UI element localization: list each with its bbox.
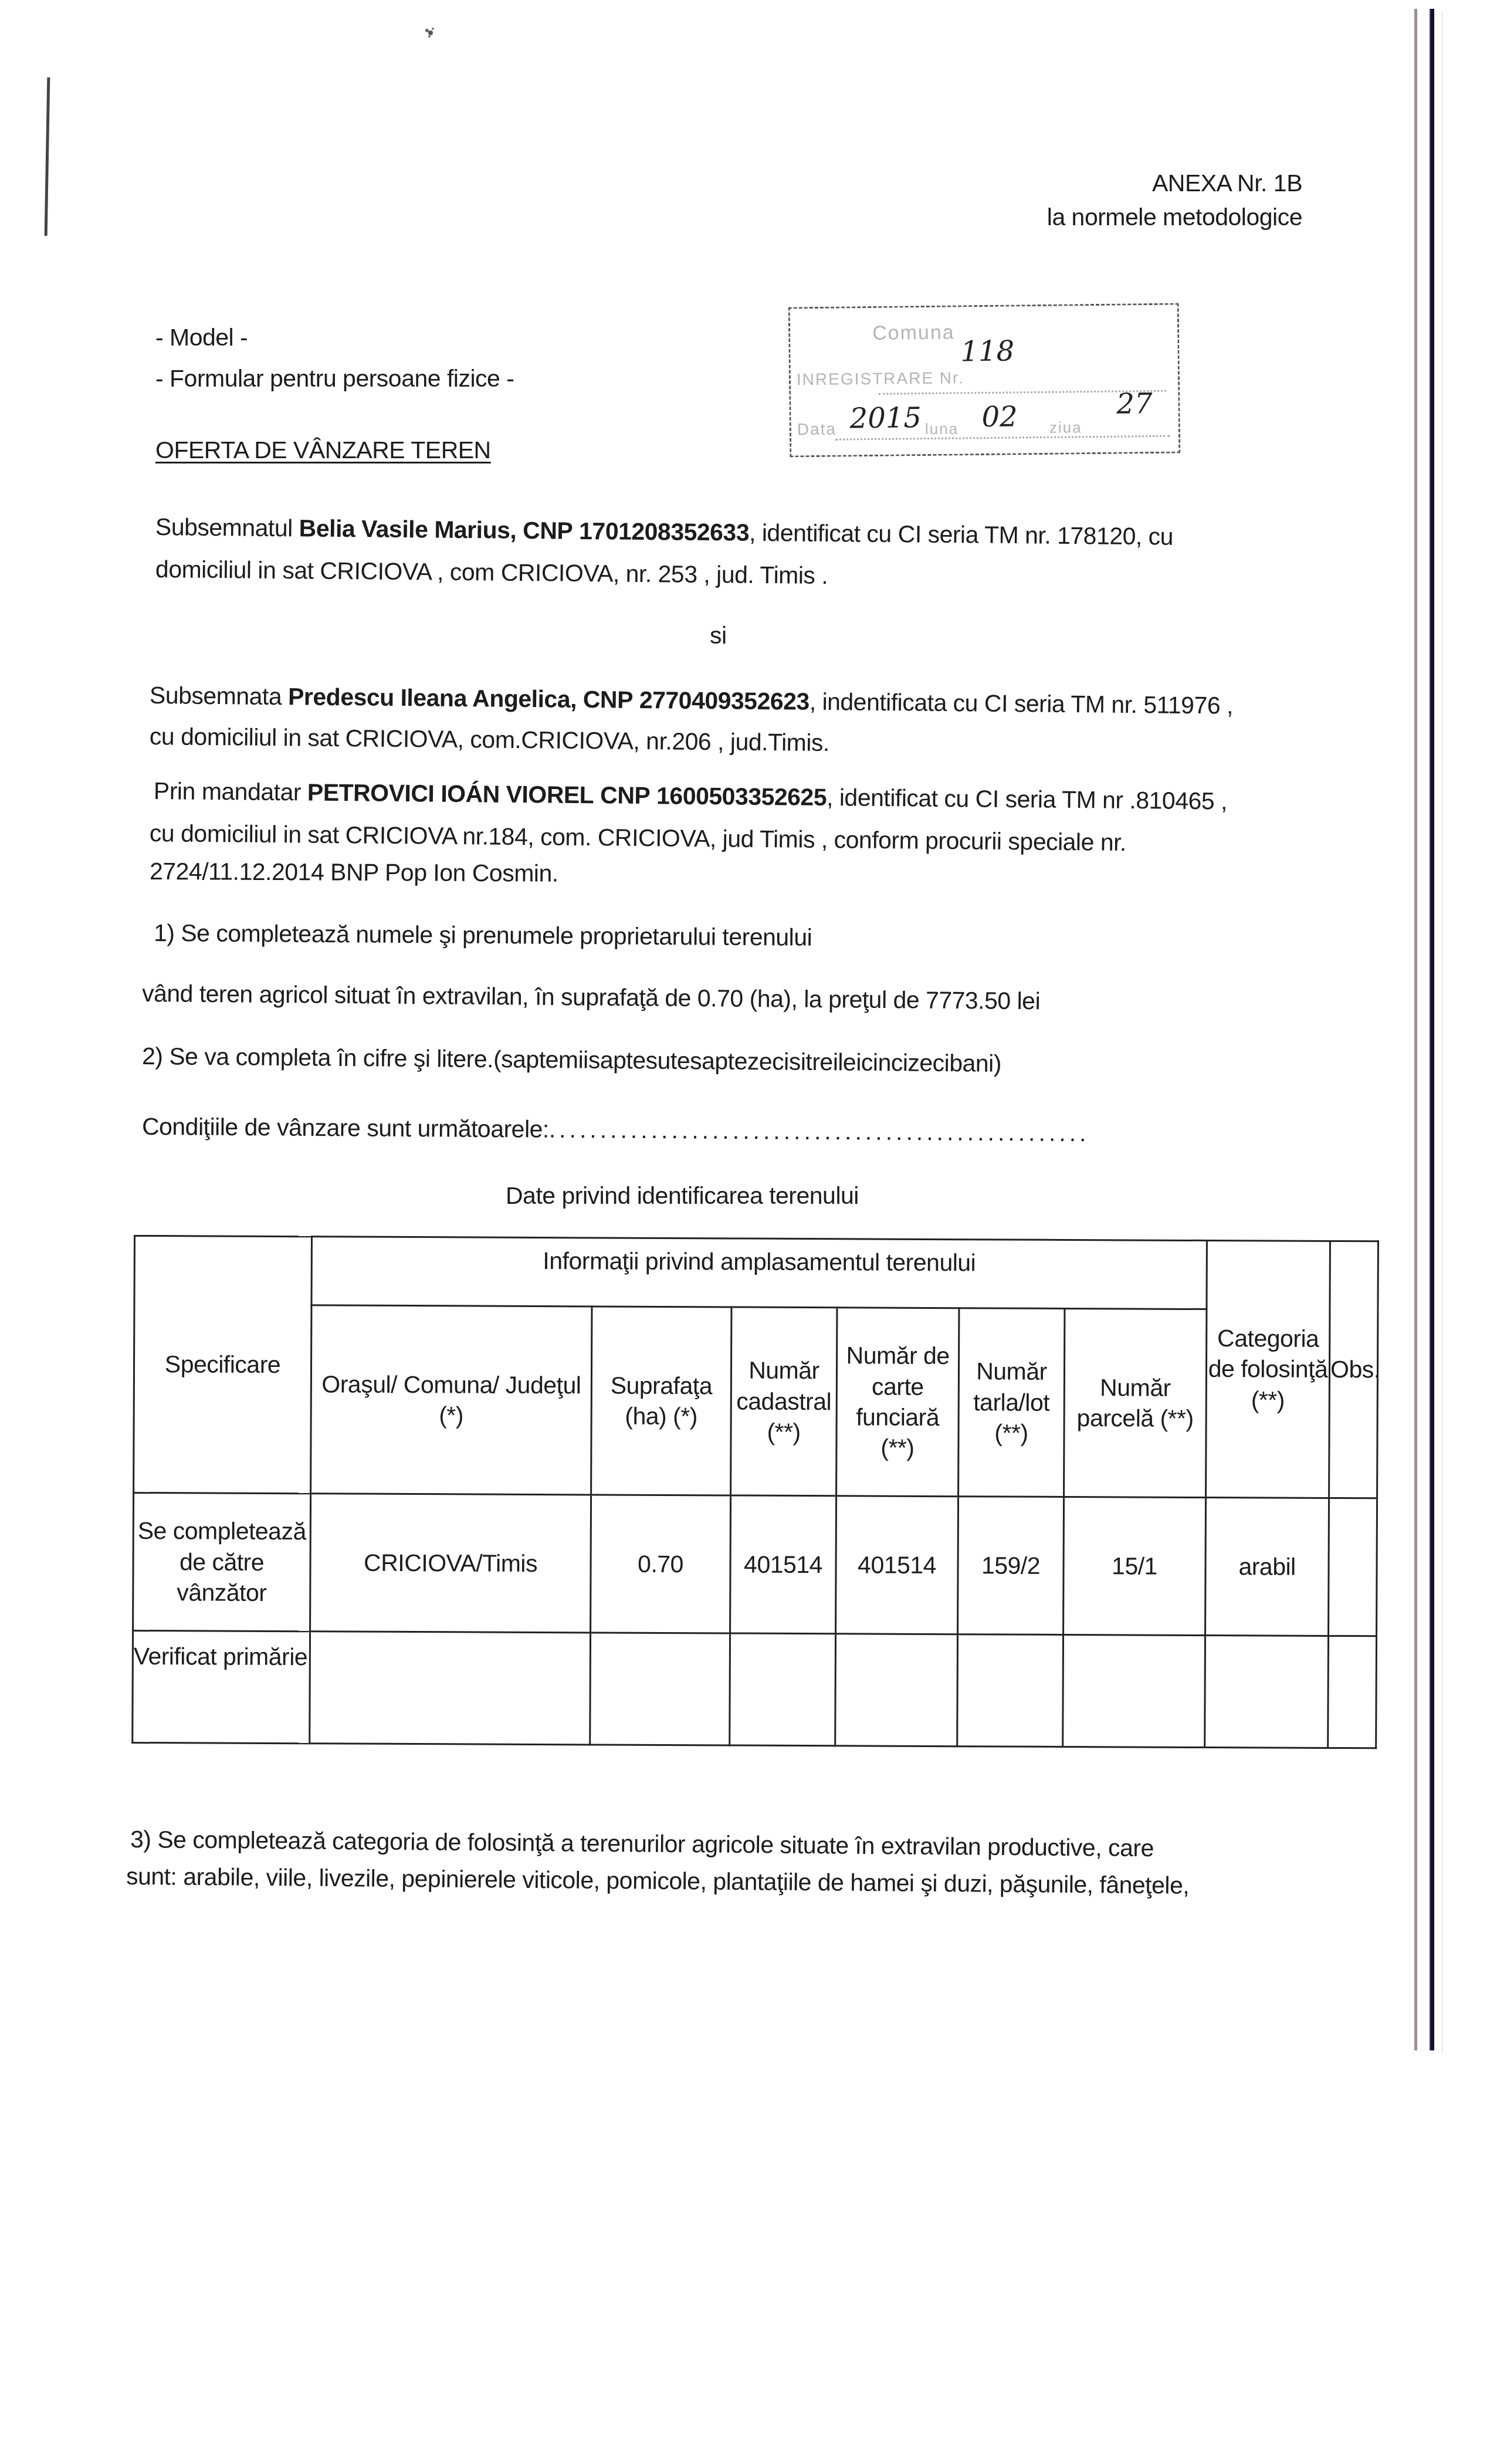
scan-edge-line xyxy=(1414,9,1417,2050)
seller2-id-info: , indentificata cu CI seria TM nr. 51197… xyxy=(810,688,1234,719)
stamp-label-date: Data xyxy=(797,420,836,439)
cell-obs xyxy=(1328,1636,1377,1748)
sale-conditions-label: Condiţiile de vânzare sunt următoarele: xyxy=(142,1113,549,1143)
seller1-address: domiciliul in sat CRICIOVA , com CRICIOV… xyxy=(155,557,828,588)
seller2-name: Predescu Ileana Angelica xyxy=(288,683,570,713)
registration-stamp: Comuna 118 INREGISTRARE Nr. Data 2015 lu… xyxy=(788,303,1181,458)
cell-locality: CRICIOVA/Timis xyxy=(310,1494,591,1633)
stamp-year: 2015 xyxy=(849,401,922,435)
cell-tarla-lot: 159/2 xyxy=(958,1497,1064,1635)
header-area: Suprafaţa (ha) (*) xyxy=(591,1307,731,1495)
stamp-sep-month: luna xyxy=(925,419,959,438)
cell-cadastral-number xyxy=(730,1633,836,1746)
header-cadastral-number: Număr cadastral (**) xyxy=(731,1307,837,1496)
stamp-month: 02 xyxy=(981,400,1018,434)
row-label: Se completează de către vânzător xyxy=(133,1493,311,1632)
cell-land-book-number: 401514 xyxy=(836,1496,959,1634)
mandatary-power-of-attorney: 2724/11.12.2014 BNP Pop Ion Cosmin. xyxy=(150,859,558,886)
sale-conditions-blank: ........................................… xyxy=(549,1116,1090,1146)
cell-area: 0.70 xyxy=(591,1495,731,1633)
document-title: OFERTA DE VÂNZARE TEREN xyxy=(155,438,491,462)
cell-area xyxy=(590,1633,730,1745)
mandatary-id-info: , identificat cu CI seria TM nr .810465 … xyxy=(827,784,1227,815)
annex-title: ANEXA Nr. 1B xyxy=(1152,171,1302,195)
header-locality: Oraşul/ Comuna/ Judeţul (*) xyxy=(311,1305,592,1495)
scan-edge-line xyxy=(1430,9,1434,2050)
note-2: 2) Se va completa în cifre şi litere.(sa… xyxy=(142,1044,1001,1076)
stamp-reg-number: 118 xyxy=(960,334,1014,368)
land-identification-table: Specificare Informaţii privind amplasame… xyxy=(131,1235,1379,1749)
mandatary-cnp: 1600503352625 xyxy=(656,782,827,811)
seller1-cnp-label: , CNP xyxy=(510,517,573,544)
row-label: Verificat primărie xyxy=(133,1631,310,1744)
header-obs: Obs. xyxy=(1329,1241,1379,1498)
scan-speck-icon xyxy=(421,23,439,41)
note-3-line1: 3) Se completează categoria de folosinţă… xyxy=(130,1827,1154,1860)
cell-categoria: arabil xyxy=(1205,1497,1329,1636)
sale-conditions: Condiţiile de vânzare sunt următoarele:.… xyxy=(142,1115,1090,1145)
mandatary-line1: Prin mandatar PETROVICI IOÁN VIOREL CNP … xyxy=(154,779,1227,814)
header-land-book-number: Număr de carte funciară (**) xyxy=(836,1308,959,1497)
mandatary-cnp-label: CNP xyxy=(600,781,651,809)
seller2-address: cu domiciliul in sat CRICIOVA, com.CRICI… xyxy=(150,725,829,755)
form-type-label: - Formular pentru persoane fizice - xyxy=(155,367,514,391)
seller1-id-info: , identificat cu CI seria TM nr. 178120,… xyxy=(749,519,1173,550)
cell-parcel-number: 15/1 xyxy=(1064,1497,1206,1635)
header-tarla-lot: Număr tarla/lot (**) xyxy=(959,1308,1065,1497)
cell-land-book-number xyxy=(835,1634,958,1747)
sale-statement: vând teren agricol situat în extravilan,… xyxy=(142,981,1041,1013)
scan-edge-line xyxy=(1442,12,1442,2053)
stamp-label-top: Comuna xyxy=(872,321,955,345)
header-location-group: Informaţii privind amplasamentul terenul… xyxy=(311,1237,1207,1309)
seller2-cnp-label: , CNP xyxy=(570,686,633,713)
scan-mark xyxy=(45,77,50,236)
seller2-line1: Subsemnata Predescu Ileana Angelica, CNP… xyxy=(150,683,1233,718)
cell-cadastral-number: 401514 xyxy=(730,1495,836,1634)
header-specificare: Specificare xyxy=(134,1236,312,1494)
annex-subtitle: la normele metodologice xyxy=(1047,205,1302,229)
seller1-name: Belia Vasile Marius xyxy=(299,515,510,543)
header-parcel-number: Număr parcelă (**) xyxy=(1064,1308,1207,1497)
header-categoria: Categoria de folosinţă (**) xyxy=(1206,1240,1330,1498)
cell-categoria xyxy=(1205,1635,1329,1748)
seller2-prefix: Subsemnata xyxy=(150,682,282,710)
mandatary-prefix: Prin mandatar xyxy=(154,777,301,805)
conjunction: si xyxy=(710,624,727,648)
seller2-cnp: 2770409352623 xyxy=(639,686,810,715)
cell-parcel-number xyxy=(1063,1634,1205,1747)
stamp-day: 27 xyxy=(1116,387,1153,421)
table-row: Verificat primărie xyxy=(133,1631,1377,1748)
cell-tarla-lot xyxy=(957,1634,1064,1747)
stamp-label-mid: INREGISTRARE Nr. xyxy=(797,368,964,389)
seller1-line1: Subsemnatul Belia Vasile Marius, CNP 170… xyxy=(155,515,1173,549)
note-3-line2: sunt: arabile, viile, livezile, pepinier… xyxy=(126,1864,1190,1898)
cell-locality xyxy=(310,1632,591,1745)
seller1-cnp: 1701208352633 xyxy=(579,517,749,546)
table-row: Se completează de către vânzător CRICIOV… xyxy=(133,1493,1377,1636)
stamp-sep-day: ziua xyxy=(1049,418,1082,437)
mandatary-address: cu domiciliul in sat CRICIOVA nr.184, co… xyxy=(150,821,1126,855)
section-title: Date privind identificarea terenului xyxy=(506,1184,859,1208)
seller1-prefix: Subsemnatul xyxy=(155,513,293,541)
mandatary-name: PETROVICI IOÁN VIOREL xyxy=(307,779,594,809)
model-label: - Model - xyxy=(155,326,248,350)
cell-obs xyxy=(1329,1498,1377,1636)
note-1: 1) Se completează numele şi prenumele pr… xyxy=(154,921,812,950)
